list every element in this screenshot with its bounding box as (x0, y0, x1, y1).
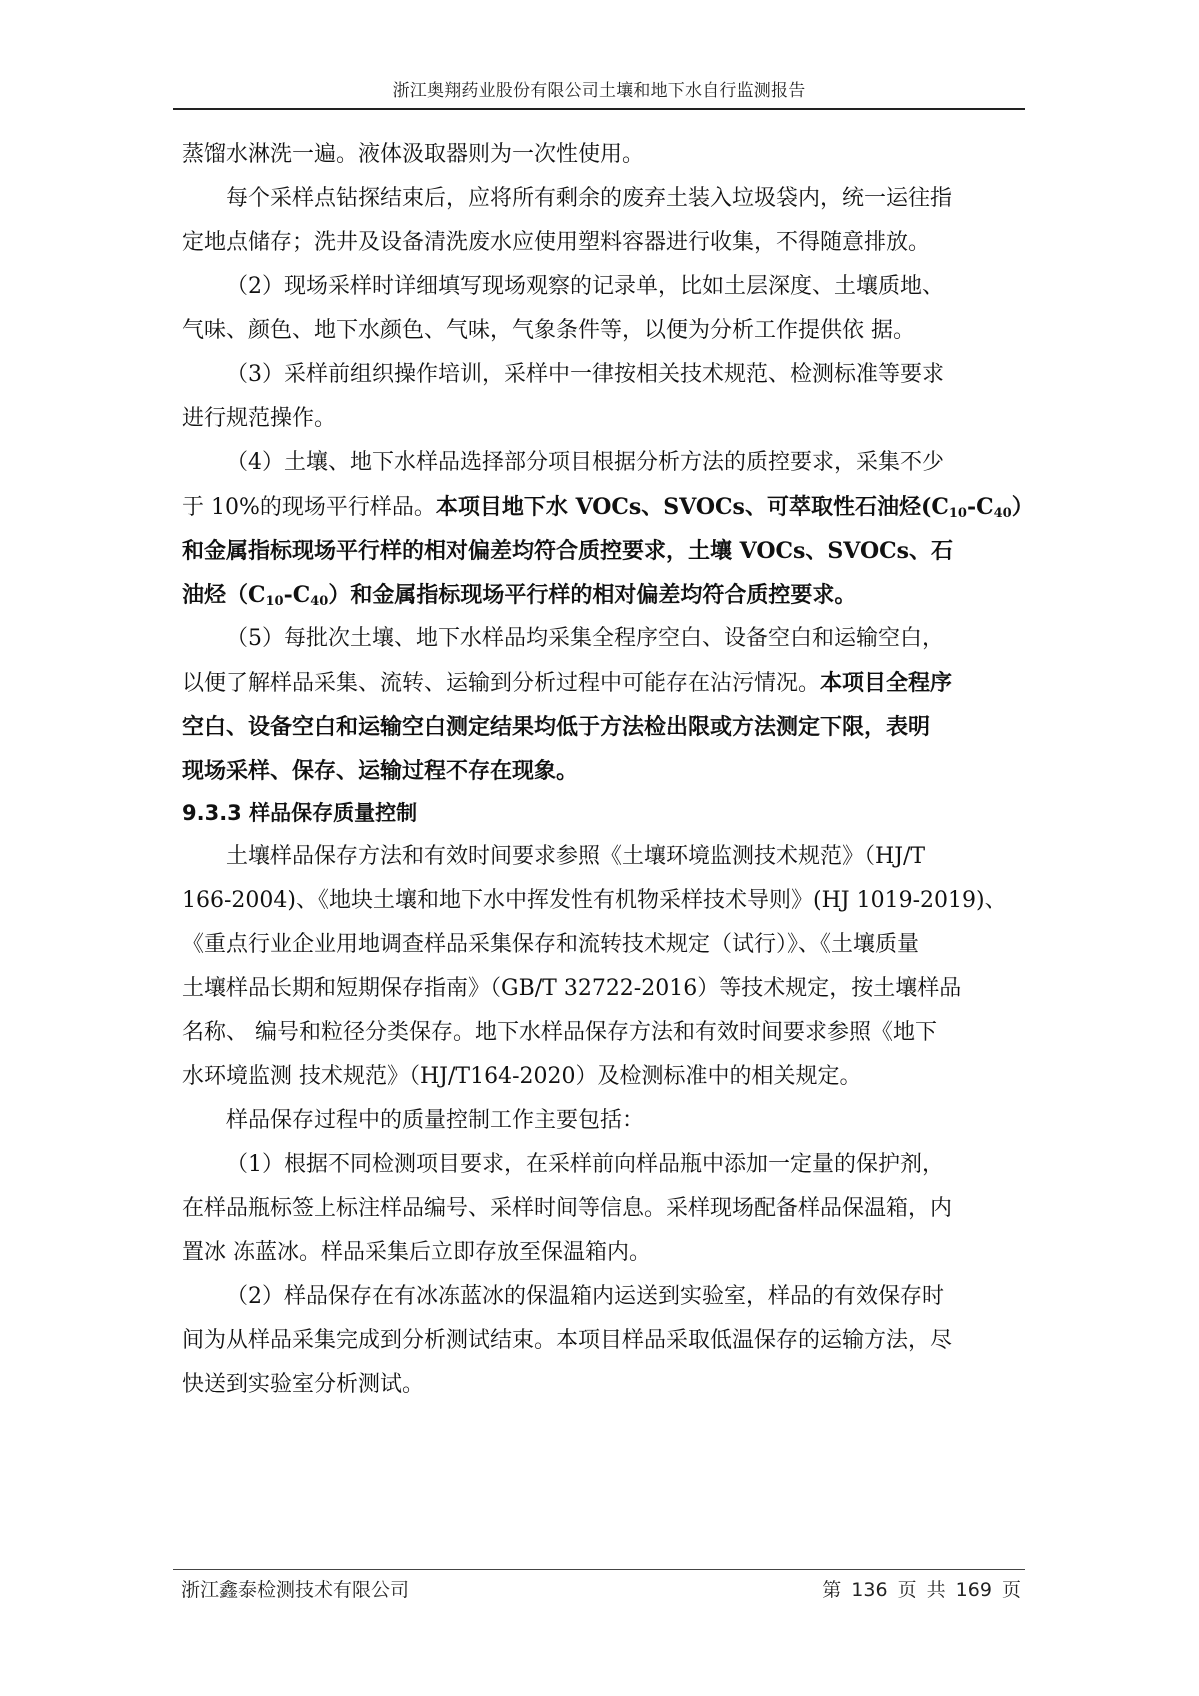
bold-segment: -C (284, 582, 311, 608)
paragraph-line: （1）根据不同检测项目要求，在采样前向样品瓶中添加一定量的保护剂， (226, 1150, 944, 1180)
subscript: 40 (310, 594, 328, 609)
paragraph-line-bold: 油烃（C10-C40）和金属指标现场平行样的相对偏差均符合质控要求。 (182, 580, 856, 610)
page-prefix: 第 (822, 1579, 841, 1601)
paragraph-line-mixed: 于 10%的现场平行样品。本项目地下水 VOCs、SVOCs、可萃取性石油烃(C… (182, 492, 1034, 522)
paragraph-line-mixed: 以便了解样品采集、流转、运输到分析过程中可能存在沾污情况。本项目全程序 (182, 668, 952, 698)
paragraph-line: 每个采样点钻探结束后，应将所有剩余的废弃土装入垃圾袋内，统一运往指 (226, 184, 952, 214)
bold-segment: 油烃（C (182, 582, 266, 608)
paragraph-line: （5）每批次土壤、地下水样品均采集全程序空白、设备空白和运输空白， (226, 624, 944, 654)
paragraph-line: 《重点行业企业用地调查样品采集保存和流转技术规定（试行）》、《土壤质量 (182, 930, 919, 960)
paragraph-line: 进行规范操作。 (182, 404, 336, 434)
normal-text: 以便了解样品采集、流转、运输到分析过程中可能存在沾污情况。 (182, 671, 820, 696)
paragraph-line: 土壤样品长期和短期保存指南》（GB/T 32722-2016）等技术规定，按土壤… (182, 974, 961, 1004)
paragraph-line: 样品保存过程中的质量控制工作主要包括： (226, 1106, 644, 1136)
bold-segment: ） (1012, 494, 1034, 520)
paragraph-line: （2）样品保存在有冰冻蓝冰的保温箱内运送到实验室，样品的有效保存时 (226, 1282, 944, 1312)
paragraph-line: 水环境监测 技术规范》（HJ/T164-2020）及检测标准中的相关规定。 (182, 1062, 862, 1092)
paragraph-line-bold: 现场采样、保存、运输过程不存在现象。 (182, 756, 578, 786)
paragraph-line: 蒸馏水淋洗一遍。液体汲取器则为一次性使用。 (182, 140, 644, 170)
paragraph-line: 名称、 编号和粒径分类保存。地下水样品保存方法和有效时间要求参照《地下 (182, 1018, 937, 1048)
page-mid: 页 共 (898, 1579, 946, 1601)
paragraph-line: 定地点储存；洗井及设备清洗废水应使用塑料容器进行收集，不得随意排放。 (182, 228, 930, 258)
page-total: 169 (956, 1579, 992, 1601)
paragraph-line: （2）现场采样时详细填写现场观察的记录单，比如土层深度、土壤质地、 (226, 272, 944, 302)
paragraph-line: 间为从样品采集完成到分析测试结束。本项目样品采取低温保存的运输方法，尽 (182, 1326, 952, 1356)
paragraph-line: （4）土壤、地下水样品选择部分项目根据分析方法的质控要求，采集不少 (226, 448, 944, 478)
paragraph-line: （3）采样前组织操作培训，采样中一律按相关技术规范、检测标准等要求 (226, 360, 944, 390)
page-number: 第 136 页 共 169 页 (822, 1575, 1021, 1602)
paragraph-line: 166-2004)、《地块土壤和地下水中挥发性有机物采样技术导则》(HJ 101… (182, 886, 1007, 916)
paragraph-line: 在样品瓶标签上标注样品编号、采样时间等信息。采样现场配备样品保温箱，内 (182, 1194, 952, 1224)
paragraph-line-bold: 和金属指标现场平行样的相对偏差均符合质控要求，土壤 VOCs、SVOCs、石 (182, 536, 953, 566)
page-footer: 浙江鑫泰检测技术有限公司 第 136 页 共 169 页 (173, 1569, 1025, 1610)
bold-text: 本项目地下水 VOCs、SVOCs、可萃取性石油烃(C10-C40） (436, 494, 1034, 520)
subscript: 40 (994, 506, 1012, 521)
page-header: 浙江奥翔药业股份有限公司土壤和地下水自行监测报告 (173, 72, 1025, 110)
bold-segment: ）和金属指标现场平行样的相对偏差均符合质控要求。 (328, 582, 856, 608)
subscript: 10 (949, 506, 967, 521)
bold-segment: 本项目地下水 VOCs、SVOCs、可萃取性石油烃(C (436, 494, 949, 520)
footer-company: 浙江鑫泰检测技术有限公司 (181, 1575, 409, 1602)
normal-text: 于 10%的现场平行样品。 (182, 495, 436, 520)
section-heading: 9.3.3 样品保存质量控制 (182, 798, 417, 828)
paragraph-line-bold: 空白、设备空白和运输空白测定结果均低于方法检出限或方法测定下限，表明 (182, 712, 930, 742)
report-title: 浙江奥翔药业股份有限公司土壤和地下水自行监测报告 (173, 76, 1025, 101)
paragraph-line: 置冰 冻蓝冰。样品采集后立即存放至保温箱内。 (182, 1238, 651, 1268)
paragraph-line: 气味、颜色、地下水颜色、气味，气象条件等，以便为分析工作提供依 据。 (182, 316, 915, 346)
bold-text: 本项目全程序 (820, 670, 952, 696)
paragraph-line: 土壤样品保存方法和有效时间要求参照《土壤环境监测技术规范》（HJ/T (226, 842, 925, 872)
page-current: 136 (851, 1579, 887, 1601)
subscript: 10 (266, 594, 284, 609)
bold-segment: -C (967, 494, 994, 520)
paragraph-line: 快送到实验室分析测试。 (182, 1370, 424, 1400)
page-suffix: 页 (1002, 1579, 1021, 1601)
